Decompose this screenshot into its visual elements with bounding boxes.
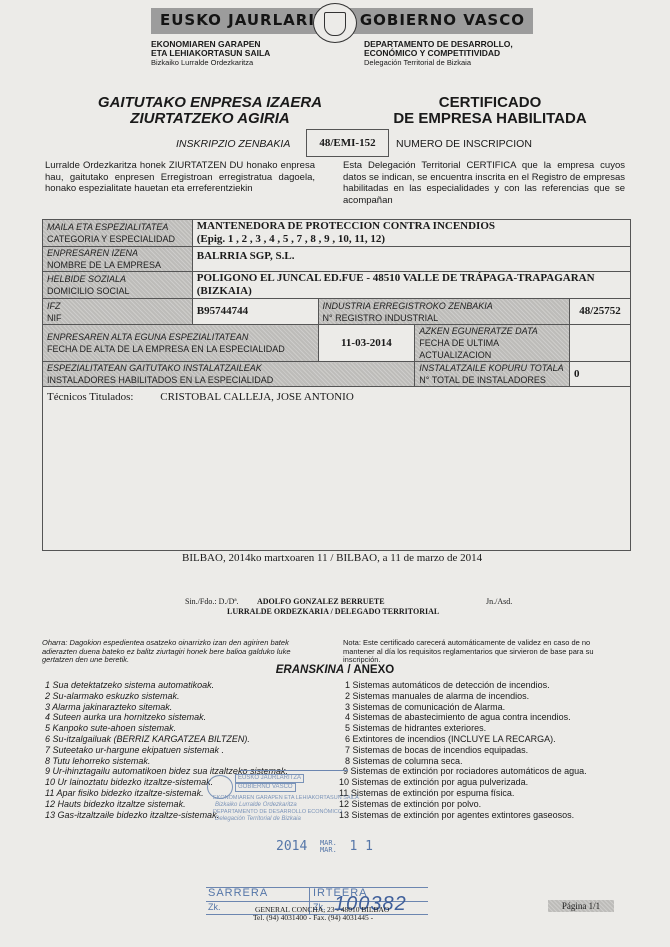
annex-item-es: 13 Sistemas de extinción por agentes ext… [339, 810, 587, 821]
row-technicians: Técnicos Titulados: CRISTOBAL CALLEJA, J… [43, 387, 631, 551]
inscription-label-eu: INSKRIPZIO ZENBAKIA [176, 134, 290, 154]
annex-item-eu: 6 Su-itzalgailuak (BERRIZ KARGATZEA BILT… [45, 734, 288, 745]
address-label-es: DOMICILIO SOCIAL [47, 285, 188, 297]
category-label: MAILA ETA ESPEZIALITATEA CATEGORIA Y ESP… [43, 220, 193, 247]
seal-line3: EKONOMIAREN GARAPEN ETA LEHIAKORTASUN SA… [213, 795, 359, 801]
annex-title: ERANSKINA / ANEXO [0, 664, 670, 676]
total-installers-label: INSTALATZAILE KOPURU TOTALA N° TOTAL DE … [415, 362, 570, 387]
total-installers-label-eu: INSTALATZAILE KOPURU TOTALA [419, 362, 565, 374]
registration-date-label: ENPRESAREN ALTA EGUNA ESPEZIALITATEAN FE… [43, 325, 319, 362]
title-es-line2: DE EMPRESA HABILITADA [370, 111, 610, 127]
title-eu-line1: GAITUTAKO ENPRESA IZAERA [90, 95, 330, 111]
registration-date-label-es: FECHA DE ALTA DE LA EMPRESA EN LA ESPECI… [47, 343, 314, 355]
industrial-registry-label: INDUSTRIA ERREGISTROKO ZENBAKIA N° REGIS… [318, 299, 570, 325]
stamp-strike-line [240, 770, 348, 771]
annex-item-eu: 8 Tutu lehorreko sistemak. [45, 756, 288, 767]
place-date: BILBAO, 2014ko martxoaren 11 / BILBAO, a… [182, 552, 482, 564]
title-es: CERTIFICADO DE EMPRESA HABILITADA [370, 95, 610, 127]
annex-item-es: 6 Extintores de incendios (INCLUYE LA RE… [345, 734, 587, 745]
industrial-registry-value: 48/25752 [570, 299, 631, 325]
title-es-line1: CERTIFICADO [370, 95, 610, 111]
annex-item-es: 12 Sistemas de extinción por polvo. [339, 799, 587, 810]
inscription-number: 48/EMI-152 [306, 129, 389, 157]
company-label-eu: ENPRESAREN IZENA [47, 247, 188, 259]
technicians-value: CRISTOBAL CALLEJA, JOSE ANTONIO [160, 391, 354, 403]
signer-role: LURRALDE ORDEZKARIA / DELEGADO TERRITORI… [227, 607, 439, 616]
annex-item-eu: 1 Sua detektatzeko sistema automatikoak. [45, 680, 288, 691]
annex-item-eu: 5 Kanpoko sute-ahoen sistemak. [45, 723, 288, 734]
category-label-eu: MAILA ETA ESPEZIALITATEA [47, 221, 188, 233]
signed-prefix: Sin./Fdo.: D./Dª. [185, 597, 239, 606]
address-value-line2: (BIZKAIA) [197, 285, 626, 298]
inscription-label-es: NUMERO DE INSCRIPCION [396, 134, 532, 154]
company-label-es: NOMBRE DE LA EMPRESA [47, 259, 188, 271]
annex-item-es: 1 Sistemas automáticos de detección de i… [345, 680, 587, 691]
date-stamp: 2014 MAR. MAR. 1 1 [276, 836, 373, 855]
official-seal-stamp: EUSKO JAURLARITZA GOBIERNO VASCO EKONOMI… [205, 773, 350, 823]
last-update-label-eu: AZKEN EGUNERATZE DATA [419, 325, 565, 337]
annex-item-es: 9 Sistemas de extinción por rociadores a… [343, 766, 587, 777]
nif-label-eu: IFZ [47, 300, 188, 312]
annex-item-eu: 2 Su-alarmako eskuzko sistemak. [45, 691, 288, 702]
address-value: POLIGONO EL JUNCAL ED.FUE - 48510 VALLE … [192, 272, 630, 299]
intro-eu: Lurralde Ordezkaritza honek ZIURTATZEN D… [45, 160, 315, 195]
row-company: ENPRESAREN IZENA NOMBRE DE LA EMPRESA BA… [43, 247, 631, 272]
signer-name: ADOLFO GONZALEZ BERRUETE [257, 597, 385, 606]
registry-in-label: SARRERA [208, 887, 268, 899]
registration-date-label-eu: ENPRESAREN ALTA EGUNA ESPEZIALITATEAN [47, 331, 314, 343]
address-value-line1: POLIGONO EL JUNCAL ED.FUE - 48510 VALLE … [197, 272, 626, 285]
company-value: BALRRIA SGP, S.L. [192, 247, 630, 272]
technicians-label: Técnicos Titulados: [47, 391, 133, 403]
installers-label: ESPEZIALITATEAN GAITUTAKO INSTALATZAILEA… [43, 362, 415, 387]
industrial-registry-label-es: N° REGISTRO INDUSTRIAL [323, 312, 566, 324]
dept-left: EKONOMIAREN GARAPEN ETA LEHIAKORTASUN SA… [151, 40, 270, 67]
dept-left-sub: Bizkaiko Lurralde Ordezkaritza [151, 58, 270, 67]
note-es: Nota: Este certificado carecerá automáti… [343, 639, 613, 665]
technicians-cell: Técnicos Titulados: CRISTOBAL CALLEJA, J… [43, 387, 631, 551]
nif-label: IFZ NIF [43, 299, 193, 325]
seal-line2: GOBIERNO VASCO [235, 783, 296, 792]
annex-title-es: ANEXO [353, 664, 394, 676]
category-label-es: CATEGORIA Y ESPECIALIDAD [47, 233, 188, 245]
date-stamp-month: MAR. MAR. [320, 840, 337, 854]
date-stamp-year: 2014 [276, 839, 307, 854]
dept-right: DEPARTAMENTO DE DESARROLLO, ECONÓMICO Y … [364, 40, 513, 67]
dept-right-sub: Delegación Territorial de Bizkaia [364, 58, 513, 67]
registration-date-value: 11-03-2014 [318, 325, 415, 362]
address-label: HELBIDE SOZIALA DOMICILIO SOCIAL [43, 272, 193, 299]
row-nif: IFZ NIF B95744744 INDUSTRIA ERREGISTROKO… [43, 299, 631, 325]
category-value-line1: MANTENEDORA DE PROTECCION CONTRA INCENDI… [197, 220, 626, 233]
company-label: ENPRESAREN IZENA NOMBRE DE LA EMPRESA [43, 247, 193, 272]
installers-label-es: INSTALADORES HABILITADOS EN LA ESPECIALI… [47, 374, 410, 386]
address-label-eu: HELBIDE SOZIALA [47, 273, 188, 285]
annex-item-es: 7 Sistemas de bocas de incendios equipad… [345, 745, 587, 756]
banner-right-text: GOBIERNO VASCO [360, 11, 525, 29]
nif-value: B95744744 [192, 299, 318, 325]
row-address: HELBIDE SOZIALA DOMICILIO SOCIAL POLIGON… [43, 272, 631, 299]
category-value-line2: (Epig. 1 , 2 , 3 , 4 , 5 , 7 , 8 , 9 , 1… [197, 233, 626, 246]
annex-title-sep: / [344, 664, 353, 676]
row-dates: ENPRESAREN ALTA EGUNA ESPEZIALITATEAN FE… [43, 325, 631, 362]
coat-of-arms-icon [313, 3, 357, 43]
row-installers: ESPEZIALITATEAN GAITUTAKO INSTALATZAILEA… [43, 362, 631, 387]
seal-line4: Bizkaiko Lurralde Ordezkaritza [215, 802, 297, 808]
footer-phone: Tel. (94) 4031400 - Fax. (94) 4031445 - [253, 913, 373, 922]
last-update-label: AZKEN EGUNERATZE DATA FECHA DE ULTIMA AC… [415, 325, 570, 362]
annex-item-es: 8 Sistemas de columna seca. [345, 756, 587, 767]
annex-item-es: 2 Sistemas manuales de alarma de incendi… [345, 691, 587, 702]
annex-item-eu: 7 Suteetako ur-hargune ekipatuen sistema… [45, 745, 288, 756]
title-eu-line2: ZIURTATZEKO AGIRIA [90, 111, 330, 127]
registry-in-zk: Zk. [208, 902, 221, 912]
annex-item-es: 3 Sistemas de comunicación de Alarma. [345, 702, 587, 713]
industrial-registry-label-eu: INDUSTRIA ERREGISTROKO ZENBAKIA [323, 300, 566, 312]
seal-line5: DEPARTAMENTO DE DESARROLLO ECONÓMICO [213, 809, 342, 815]
annex-item-es: 11 Sistemas de extinción por espuma físi… [339, 788, 587, 799]
last-update-label-es: FECHA DE ULTIMA ACTUALIZACION [419, 337, 565, 361]
annex-item-es: 4 Sistemas de abastecimiento de agua con… [345, 712, 587, 723]
annex-title-eu: ERANSKINA [276, 664, 344, 676]
page-indicator: Página 1/1 [548, 900, 614, 912]
annex-item-es: 10 Sistemas de extinción por agua pulver… [339, 777, 587, 788]
installers-label-eu: ESPEZIALITATEAN GAITUTAKO INSTALATZAILEA… [47, 362, 410, 374]
dept-left-line2: ETA LEHIAKORTASUN SAILA [151, 49, 270, 58]
annex-list-es: 1 Sistemas automáticos de detección de i… [345, 680, 587, 820]
certificate-table: MAILA ETA ESPEZIALITATEA CATEGORIA Y ESP… [42, 219, 631, 551]
annex-item-es: 5 Sistemas de hidrantes exteriores. [345, 723, 587, 734]
annex-item-eu: 4 Suteen aurka ura hornitzeko sistemak. [45, 712, 288, 723]
total-installers-label-es: N° TOTAL DE INSTALADORES [419, 374, 565, 386]
seal-line1: EUSKO JAURLARITZA [235, 774, 304, 783]
date-stamp-month-es: MAR. [320, 847, 337, 854]
annex-item-eu: 3 Alarma jakinarazteko sitemak. [45, 702, 288, 713]
nif-label-es: NIF [47, 312, 188, 324]
row-category: MAILA ETA ESPEZIALITATEA CATEGORIA Y ESP… [43, 220, 631, 247]
dept-right-line2: ECONÓMICO Y COMPETITIVIDAD [364, 49, 513, 58]
note-eu: Oharra: Dagokion espedientea osatzeko oi… [42, 639, 312, 665]
category-value: MANTENEDORA DE PROTECCION CONTRA INCENDI… [192, 220, 630, 247]
title-eu: GAITUTAKO ENPRESA IZAERA ZIURTATZEKO AGI… [90, 95, 330, 127]
seal-line6: Delegación Territorial de Bizkaia [215, 816, 301, 822]
last-update-value [570, 325, 631, 362]
date-stamp-day: 1 1 [349, 839, 372, 854]
intro-es: Esta Delegación Territorial CERTIFICA qu… [343, 160, 625, 206]
total-installers-value: 0 [570, 362, 631, 387]
signed-suffix: Jn./Asd. [486, 597, 512, 606]
